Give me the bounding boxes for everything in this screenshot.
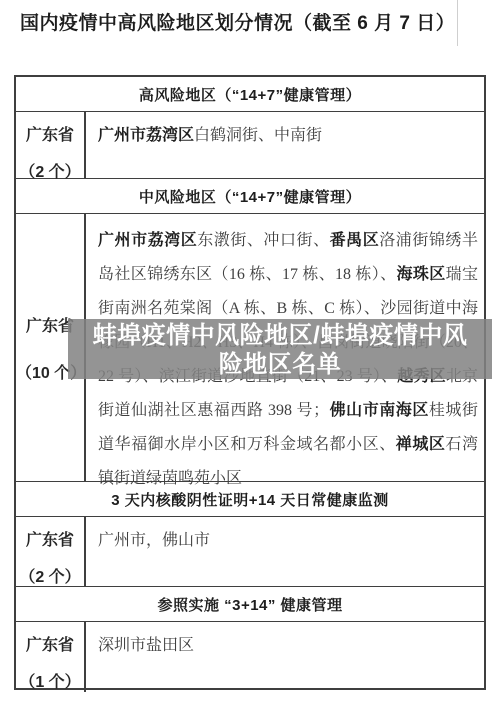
province-count: （2 个） [19, 564, 80, 587]
section-header-3plus14: 参照实施 “3+14” 健康管理 [16, 587, 484, 622]
province-label: 广东省 [26, 632, 74, 655]
region-cell: 广州市，佛山市 [86, 517, 484, 586]
province-label: 广东省 [26, 313, 74, 336]
region-text-segment: 禅城区 [396, 436, 446, 453]
risk-area-table: 高风险地区（“14+7”健康管理） 广东省 （2 个） 广州市荔湾区白鹤洞街、中… [14, 75, 486, 690]
overlay-line: 蚌埠疫情中风险地区/蚌埠疫情中风 [68, 321, 492, 350]
province-cell: 广东省 （1 个） [16, 622, 86, 692]
section-header-mid-risk: 中风险地区（“14+7”健康管理） [16, 179, 484, 214]
page-edge-line [457, 0, 458, 46]
region-text-segment: 广州市荔湾区 [98, 232, 197, 249]
region-cell: 深圳市盐田区 [86, 622, 484, 692]
region-text-segment: 海珠区 [397, 266, 446, 283]
region-text-segment: 白鹤洞街、中南街 [194, 127, 322, 144]
region-text: 深圳市盐田区 [98, 637, 194, 654]
region-text-segment: 东漖街、冲口街、 [197, 232, 329, 249]
province-label: 广东省 [26, 527, 74, 550]
province-count: （1 个） [19, 669, 80, 692]
overlay-watermark: 蚌埠疫情中风险地区/蚌埠疫情中风 险地区名单 [68, 319, 492, 379]
region-text: 广州市荔湾区白鹤洞街、中南街 [98, 127, 322, 144]
section-header-high-risk: 高风险地区（“14+7”健康管理） [16, 77, 484, 112]
region-text-segment: 深圳市盐田区 [98, 637, 194, 654]
province-cell: 广东省 （2 个） [16, 112, 86, 178]
province-cell: 广东省 （2 个） [16, 517, 86, 586]
table-row-nucleic-acid: 广东省 （2 个） 广州市，佛山市 [16, 517, 484, 587]
page-title: 国内疫情中高风险地区划分情况（截至 6 月 7 日） [20, 8, 480, 35]
overlay-line: 险地区名单 [68, 350, 492, 379]
region-text-segment: 广州市，佛山市 [98, 532, 210, 549]
table-row-high-risk: 广东省 （2 个） 广州市荔湾区白鹤洞街、中南街 [16, 112, 484, 179]
province-label: 广东省 [26, 122, 74, 145]
region-text-segment: 番禺区 [330, 232, 380, 249]
section-header-nucleic-acid: 3 天内核酸阴性证明+14 天日常健康监测 [16, 482, 484, 517]
region-text-segment: 佛山市南海区 [329, 402, 429, 419]
region-cell: 广州市荔湾区白鹤洞街、中南街 [86, 112, 484, 178]
region-text-segment: 广州市荔湾区 [98, 127, 194, 144]
table-row-3plus14: 广东省 （1 个） 深圳市盐田区 [16, 622, 484, 692]
region-text: 广州市，佛山市 [98, 532, 210, 549]
